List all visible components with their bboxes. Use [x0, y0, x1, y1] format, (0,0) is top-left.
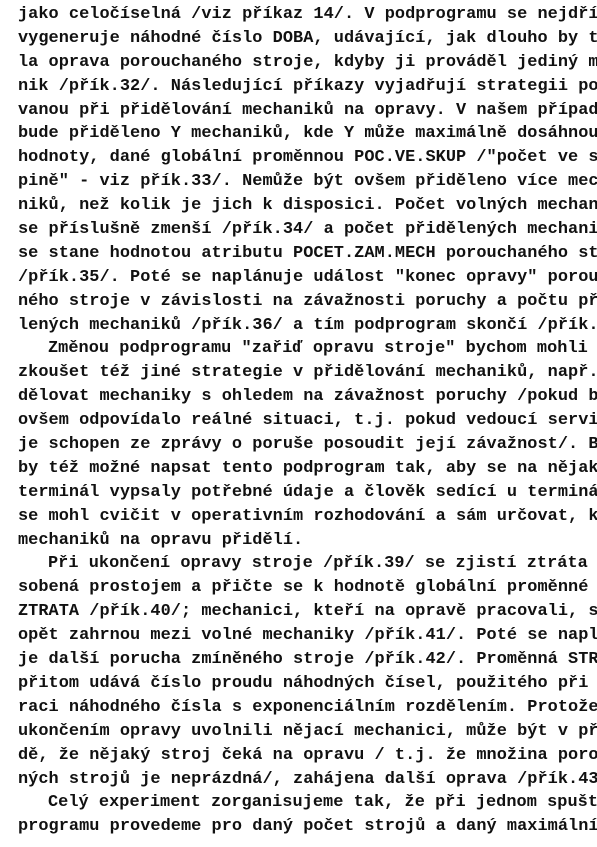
text-line: se stane hodnotou atributu POCET.ZAM.MEC… [18, 242, 597, 266]
typewritten-page: jako celočíselná /viz příkaz 14/. V podp… [18, 3, 597, 839]
text-line: je schopen ze zprávy o poruše posoudit j… [18, 433, 597, 457]
text-line: terminál vypsaly potřebné údaje a člověk… [18, 481, 597, 505]
text-line: dělovat mechaniky s ohledem na závažnost… [18, 385, 597, 409]
text-line: pině" - viz přík.33/. Nemůže být ovšem p… [18, 170, 597, 194]
text-line: ZTRATA /přík.40/; mechanici, kteří na op… [18, 600, 597, 624]
text-line: se mohl cvičit v operativním rozhodování… [18, 505, 597, 529]
text-line: hodnoty, dané globální proměnnou POC.VE.… [18, 146, 597, 170]
text-line: mechaniků na opravu přidělí. [18, 529, 597, 553]
text-line: lených mechaniků /přík.36/ a tím podprog… [18, 314, 597, 338]
text-line: by též možné napsat tento podprogram tak… [18, 457, 597, 481]
text-line: opět zahrnou mezi volné mechaniky /přík.… [18, 624, 597, 648]
text-line: vygeneruje náhodné číslo DOBA, udávající… [18, 27, 597, 51]
text-line: dě, že nějaký stroj čeká na opravu / t.j… [18, 744, 597, 768]
text-line: se příslušně zmenší /přík.34/ a počet př… [18, 218, 597, 242]
text-line: ných strojů je neprázdná/, zahájena dalš… [18, 768, 597, 792]
text-line: la oprava porouchaného stroje, kdyby ji … [18, 51, 597, 75]
text-line: Při ukončení opravy stroje /přík.39/ se … [18, 552, 597, 576]
text-line: ného stroje v závislosti na závažnosti p… [18, 290, 597, 314]
text-line: vanou při přidělování mechaniků na oprav… [18, 99, 597, 123]
text-line: raci náhodného čísla s exponenciálním ro… [18, 696, 597, 720]
text-line: /přík.35/. Poté se naplánuje událost "ko… [18, 266, 597, 290]
text-line: nik /přík.32/. Následující příkazy vyjad… [18, 75, 597, 99]
text-line: niků, než kolik je jich k disposici. Poč… [18, 194, 597, 218]
text-line: Celý experiment zorganisujeme tak, že př… [18, 791, 597, 815]
text-line: programu provedeme pro daný počet strojů… [18, 815, 597, 839]
text-line: Změnou podprogramu "zařiď opravu stroje"… [18, 337, 597, 361]
text-line: je další porucha zmíněného stroje /přík.… [18, 648, 597, 672]
text-line: jako celočíselná /viz příkaz 14/. V podp… [18, 3, 597, 27]
text-line: sobená prostojem a přičte se k hodnotě g… [18, 576, 597, 600]
text-line: bude přiděleno Y mechaniků, kde Y může m… [18, 122, 597, 146]
text-line: přitom udává číslo proudu náhodných číse… [18, 672, 597, 696]
text-line: ovšem odpovídalo reálné situaci, t.j. po… [18, 409, 597, 433]
text-line: ukončením opravy uvolnili nějací mechani… [18, 720, 597, 744]
text-line: zkoušet též jiné strategie v přidělování… [18, 361, 597, 385]
